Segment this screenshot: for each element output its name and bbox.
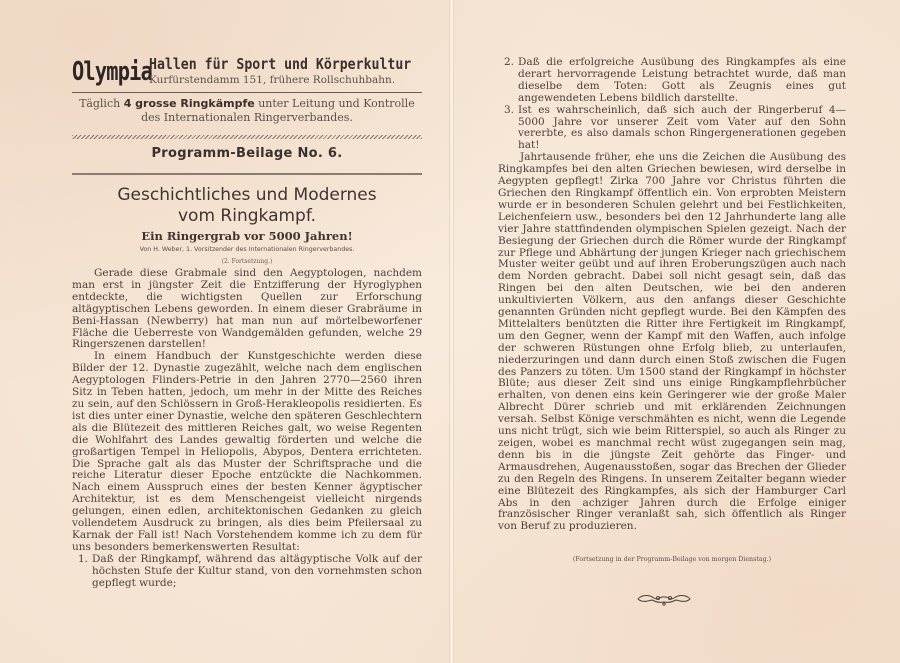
continuation-label: (2. Fortsetzung.) (72, 258, 422, 265)
list-text: Ist es wahrscheinlich, daß sich auch der… (518, 104, 846, 152)
title-line-2: vom Ringkampf. (72, 206, 422, 227)
article-title: Geschichtliches und Modernes vom Ringkam… (72, 185, 422, 227)
page-fold (449, 0, 454, 663)
ornament-icon (636, 592, 692, 606)
divider (72, 173, 422, 175)
list-number: 1. (78, 554, 88, 566)
wavy-divider (72, 135, 422, 139)
divider (72, 92, 422, 93)
result-item-3: 3. Ist es wahrscheinlich, daß sich auch … (498, 105, 846, 153)
right-body: 2. Daß die erfolgreiche Ausübung des Rin… (498, 57, 846, 533)
daily-prefix: Täglich (79, 97, 120, 110)
venue-title: Hallen für Sport und Körperkultur (149, 55, 411, 73)
masthead: Olympia Hallen für Sport und Körperkultu… (72, 55, 422, 95)
result-item-1: 1. Daß der Ringkampf, während das altägy… (72, 554, 422, 590)
article-subtitle: Ein Ringergrab vor 5000 Jahren! (72, 229, 422, 243)
list-text: Daß die erfolgreiche Ausübung des Ringka… (518, 56, 846, 104)
left-body: Gerade diese Grabmale sind den Aegyptolo… (72, 268, 422, 589)
supplement-number: Programm-Beilage No. 6. (72, 146, 422, 161)
list-number: 3. (504, 105, 514, 117)
result-item-2: 2. Daß die erfolgreiche Ausübung des Rin… (498, 57, 846, 105)
paragraph: In einem Handbuch der Kunstgeschichte we… (72, 351, 422, 553)
author-line: Von H. Weber, 1. Vorsitzender des Intern… (72, 246, 422, 253)
paragraph: Jahrtausende früher, ehe uns die Zeichen… (498, 152, 846, 533)
daily-announcement: Täglich 4 grosse Ringkämpfe unter Leitun… (72, 97, 422, 125)
venue-address: Kurfürstendamm 151, frühere Rollschuhbah… (149, 74, 395, 86)
title-line-1: Geschichtliches und Modernes (72, 185, 422, 206)
list-text: Daß der Ringkampf, während das altägypti… (92, 553, 422, 589)
continued-note: (Fortsetzung in der Programm-Beilage von… (498, 556, 846, 563)
paragraph: Gerade diese Grabmale sind den Aegyptolo… (72, 268, 422, 351)
brand-logo: Olympia (72, 57, 152, 87)
daily-bold: 4 grosse Ringkämpfe (124, 97, 255, 110)
list-number: 2. (504, 57, 514, 69)
